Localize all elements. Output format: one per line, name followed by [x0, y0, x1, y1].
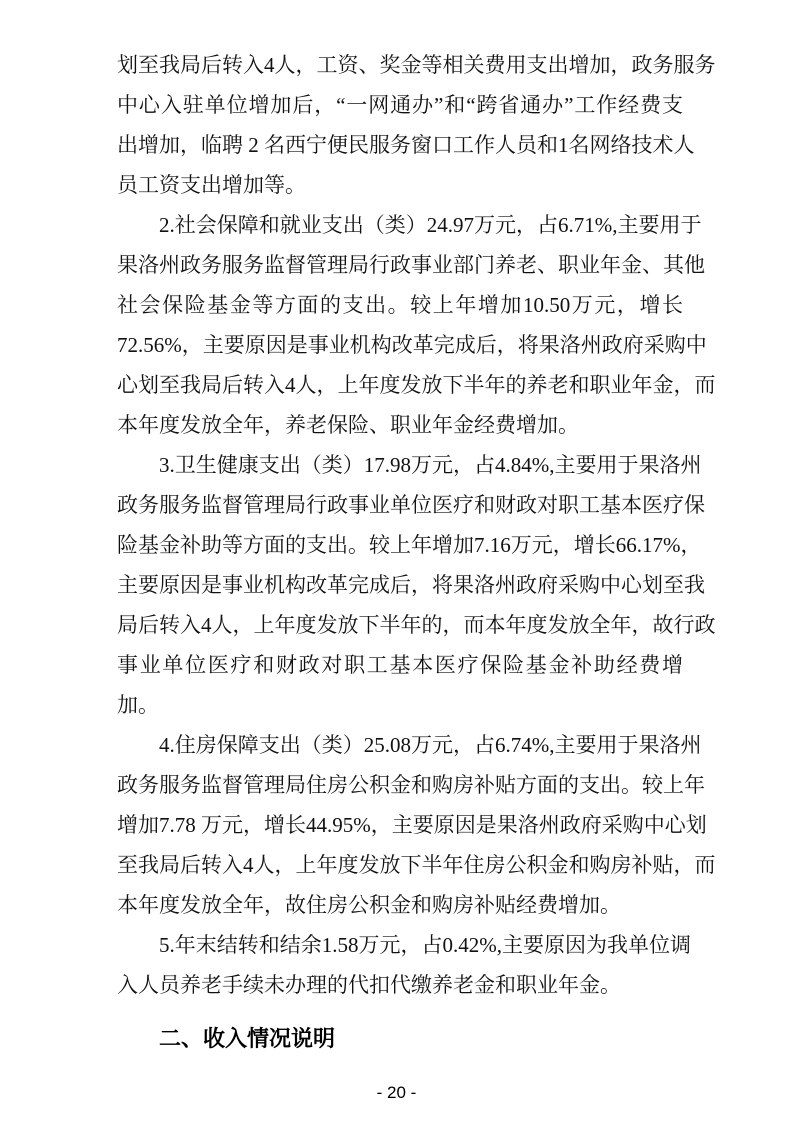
text-line: 政务服务监督管理局行政事业单位医疗和财政对职工基本医疗保	[117, 485, 683, 525]
text-line: 2.社会保障和就业支出（类）24.97万元，占6.71%,主要用于	[117, 205, 683, 245]
text-line: 事业单位医疗和财政对职工基本医疗保险基金补助经费增加。	[117, 645, 683, 725]
text-line: 中心入驻单位增加后，“一网通办”和“跨省通办”工作经费支	[117, 85, 683, 125]
document-page: 划至我局后转入4人，工资、奖金等相关费用支出增加，政务服务中心入驻单位增加后，“…	[0, 0, 793, 1122]
text-line: 划至我局后转入4人，工资、奖金等相关费用支出增加，政务服务	[117, 45, 683, 85]
text-line: 员工资支出增加等。	[117, 165, 683, 205]
text-line: 4.住房保障支出（类）25.08万元，占6.74%,主要用于果洛州	[117, 725, 683, 765]
text-line: 心划至我局后转入4人，上年度发放下半年的养老和职业年金，而	[117, 365, 683, 405]
section-heading: 二、收入情况说明	[117, 1019, 683, 1059]
text-line: 至我局后转入4人，上年度发放下半年住房公积金和购房补贴，而	[117, 845, 683, 885]
text-line: 3.卫生健康支出（类）17.98万元，占4.84%,主要用于果洛州	[117, 445, 683, 485]
text-line: 入人员养老手续未办理的代扣代缴养老金和职业年金。	[117, 965, 683, 1005]
text-line: 72.56%，主要原因是事业机构改革完成后，将果洛州政府采购中	[117, 325, 683, 365]
text-line: 局后转入4人，上年度发放下半年的，而本年度发放全年，故行政	[117, 605, 683, 645]
text-line: 本年度发放全年，养老保险、职业年金经费增加。	[117, 405, 683, 445]
text-line: 果洛州政务服务监督管理局行政事业部门养老、职业年金、其他	[117, 245, 683, 285]
text-line: 政务服务监督管理局住房公积金和购房补贴方面的支出。较上年	[117, 765, 683, 805]
text-line: 主要原因是事业机构改革完成后，将果洛州政府采购中心划至我	[117, 565, 683, 605]
text-line: 5.年末结转和结余1.58万元，占0.42%,主要原因为我单位调	[117, 925, 683, 965]
text-line: 险基金补助等方面的支出。较上年增加7.16万元，增长66.17%，	[117, 525, 683, 565]
text-line: 出增加，临聘 2 名西宁便民服务窗口工作人员和1名网络技术人	[117, 125, 683, 165]
page-number: - 20 -	[0, 1083, 793, 1103]
text-line: 增加7.78 万元，增长44.95%，主要原因是果洛州政府采购中心划	[117, 805, 683, 845]
document-body: 划至我局后转入4人，工资、奖金等相关费用支出增加，政务服务中心入驻单位增加后，“…	[117, 45, 683, 1059]
text-line: 社会保险基金等方面的支出。较上年增加10.50万元，增长	[117, 285, 683, 325]
text-line: 本年度发放全年，故住房公积金和购房补贴经费增加。	[117, 885, 683, 925]
